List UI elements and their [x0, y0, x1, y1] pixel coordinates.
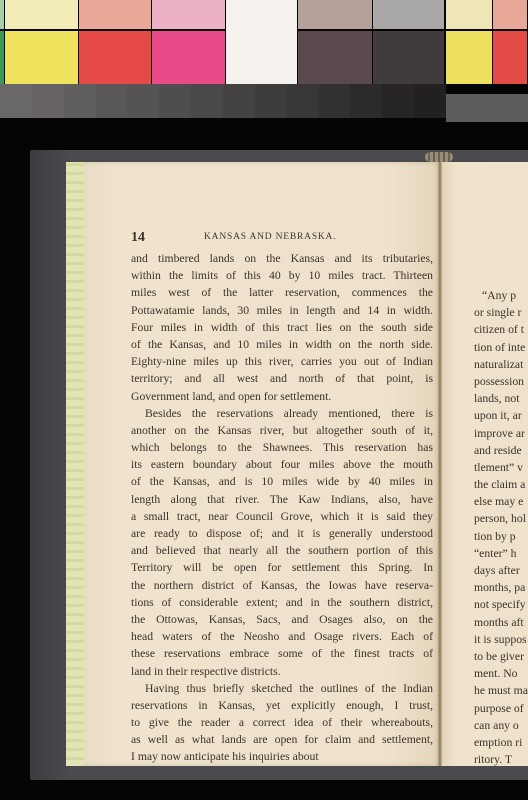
- swatch-salmon: [79, 0, 151, 29]
- text-line: Eighty-nine miles up this river, carries…: [131, 353, 433, 370]
- text-line: the claim a: [474, 476, 528, 493]
- text-line: to be giver: [474, 648, 528, 665]
- text-line: else may e: [474, 493, 528, 510]
- swatch-red-2: [493, 31, 527, 84]
- text-line: land in their respective districts.: [131, 663, 433, 680]
- text-line: months, pa: [474, 579, 528, 596]
- swatch-light-green: [0, 0, 4, 29]
- text-line: Government land, and open for settlement…: [131, 388, 433, 405]
- swatch-magenta: [152, 31, 225, 84]
- text-line: can any o: [474, 717, 528, 734]
- running-head: 14 KANSAS AND NEBRASKA.: [131, 230, 431, 246]
- swatch-red: [79, 31, 151, 84]
- grey-step: [127, 84, 159, 118]
- text-line: “enter” h: [474, 545, 528, 562]
- text-line: head waters of the Neosho and Osage rive…: [131, 628, 433, 645]
- text-line: and timbered lands on the Kansas and its…: [131, 250, 433, 267]
- headband: [425, 152, 453, 162]
- text-line: Four miles in width of this tract lies o…: [131, 319, 433, 336]
- book-gutter: [438, 162, 442, 766]
- text-line: purpose of: [474, 700, 528, 717]
- text-line: emption ri: [474, 734, 528, 751]
- text-line: and believed that nearly all the souther…: [131, 542, 433, 559]
- text-line: naturalizat: [474, 356, 528, 373]
- text-line: upon it, ar: [474, 407, 528, 424]
- text-line: tlement” v: [474, 459, 528, 476]
- grey-step: [191, 84, 223, 118]
- text-line: length along that river. The Kaw Indians…: [131, 491, 433, 508]
- text-line: person, hol: [474, 510, 528, 527]
- text-line: Having thus briefly sketched the outline…: [131, 680, 433, 697]
- swatch-yellow: [5, 31, 78, 84]
- text-line: or single r: [474, 304, 528, 321]
- text-line: as well as what lands are open for claim…: [131, 731, 433, 748]
- text-line: tions of considerable extent; and in the…: [131, 594, 433, 611]
- text-line: within the limits of this 40 by 10 miles…: [131, 267, 433, 284]
- swatch-pale-yellow-2: [446, 0, 492, 29]
- text-line: of the Kansas, and is 10 miles wide by 4…: [131, 473, 433, 490]
- grey-step: [319, 84, 351, 118]
- swatch-taupe: [298, 0, 372, 29]
- text-line: are ready to dispose of; and it is gener…: [131, 525, 433, 542]
- left-page-text: and timbered lands on the Kansas and its…: [131, 250, 433, 766]
- text-line: its eastern boundary about four miles ab…: [131, 456, 433, 473]
- text-line: a small tract, near Council Grove, which…: [131, 508, 433, 525]
- text-line: Besides the reservations already mention…: [131, 405, 433, 422]
- swatch-charcoal: [373, 31, 444, 84]
- text-line: it is suppos: [474, 631, 528, 648]
- swatch-silver: [373, 0, 444, 29]
- grey-step: [382, 84, 414, 118]
- grey-step: [350, 84, 382, 118]
- grey-step: [287, 84, 319, 118]
- grey-step: [64, 84, 96, 118]
- text-line: miles west of the latter reservation, co…: [131, 284, 433, 301]
- swatch-pink: [152, 0, 225, 29]
- text-line: these reservations embrace some of the f…: [131, 645, 433, 662]
- text-line: another on the Kansas river, but altoget…: [131, 422, 433, 439]
- text-line: to give the reader a correct idea of the…: [131, 714, 433, 731]
- text-line: “Any p: [474, 287, 528, 304]
- text-line: Territory will be open for settlement th…: [131, 559, 433, 576]
- grey-step: [159, 84, 191, 118]
- text-line: lands, not: [474, 390, 528, 407]
- running-head-title: KANSAS AND NEBRASKA.: [204, 232, 336, 242]
- text-line: citizen of t: [474, 321, 528, 338]
- grey-step: [446, 94, 528, 122]
- grey-step: [32, 84, 64, 118]
- swatch-pale-yellow: [5, 0, 78, 29]
- text-line: he must ma: [474, 682, 528, 699]
- text-line: the Ottowas, Kansas, Sacs, and Osages al…: [131, 611, 433, 628]
- text-line: Pottawatamie lands, 30 miles in length a…: [131, 302, 433, 319]
- marbled-endpaper: [66, 162, 85, 766]
- text-line: ment. No: [474, 665, 528, 682]
- text-line: tion of inte: [474, 339, 528, 356]
- grey-step: [223, 84, 255, 118]
- grey-step: [0, 84, 32, 118]
- text-line: tion by p: [474, 528, 528, 545]
- text-line: months aft: [474, 614, 528, 631]
- text-line: the northern district of Kansas, the Iow…: [131, 577, 433, 594]
- swatch-yellow-2: [446, 31, 492, 84]
- text-line: territory; and all west and north of tha…: [131, 370, 433, 387]
- grey-step: [96, 84, 128, 118]
- text-line: days after: [474, 562, 528, 579]
- text-line: of the Kansas, and 10 miles in width on …: [131, 336, 433, 353]
- swatch-dark-brown: [298, 31, 372, 84]
- text-line: I may now anticipate his inquiries about: [131, 748, 433, 765]
- color-calibration-chart: [0, 0, 528, 118]
- text-line: and reside: [474, 442, 528, 459]
- text-line: not specify: [474, 596, 528, 613]
- text-line: possession: [474, 373, 528, 390]
- text-line: improve ar: [474, 425, 528, 442]
- grey-step: [414, 84, 446, 118]
- swatch-green: [0, 31, 4, 84]
- swatch-salmon-2: [493, 0, 527, 29]
- grey-step: [255, 84, 287, 118]
- right-page-text: “Any por single rcitizen of ttion of int…: [474, 287, 528, 768]
- text-line: ritory. T: [474, 751, 528, 768]
- page-number: 14: [131, 230, 145, 246]
- text-line: which belongs to the Shawnees. This rese…: [131, 439, 433, 456]
- swatch-white: [226, 0, 297, 86]
- text-line: reservations in Kansas, yet explicitly e…: [131, 697, 433, 714]
